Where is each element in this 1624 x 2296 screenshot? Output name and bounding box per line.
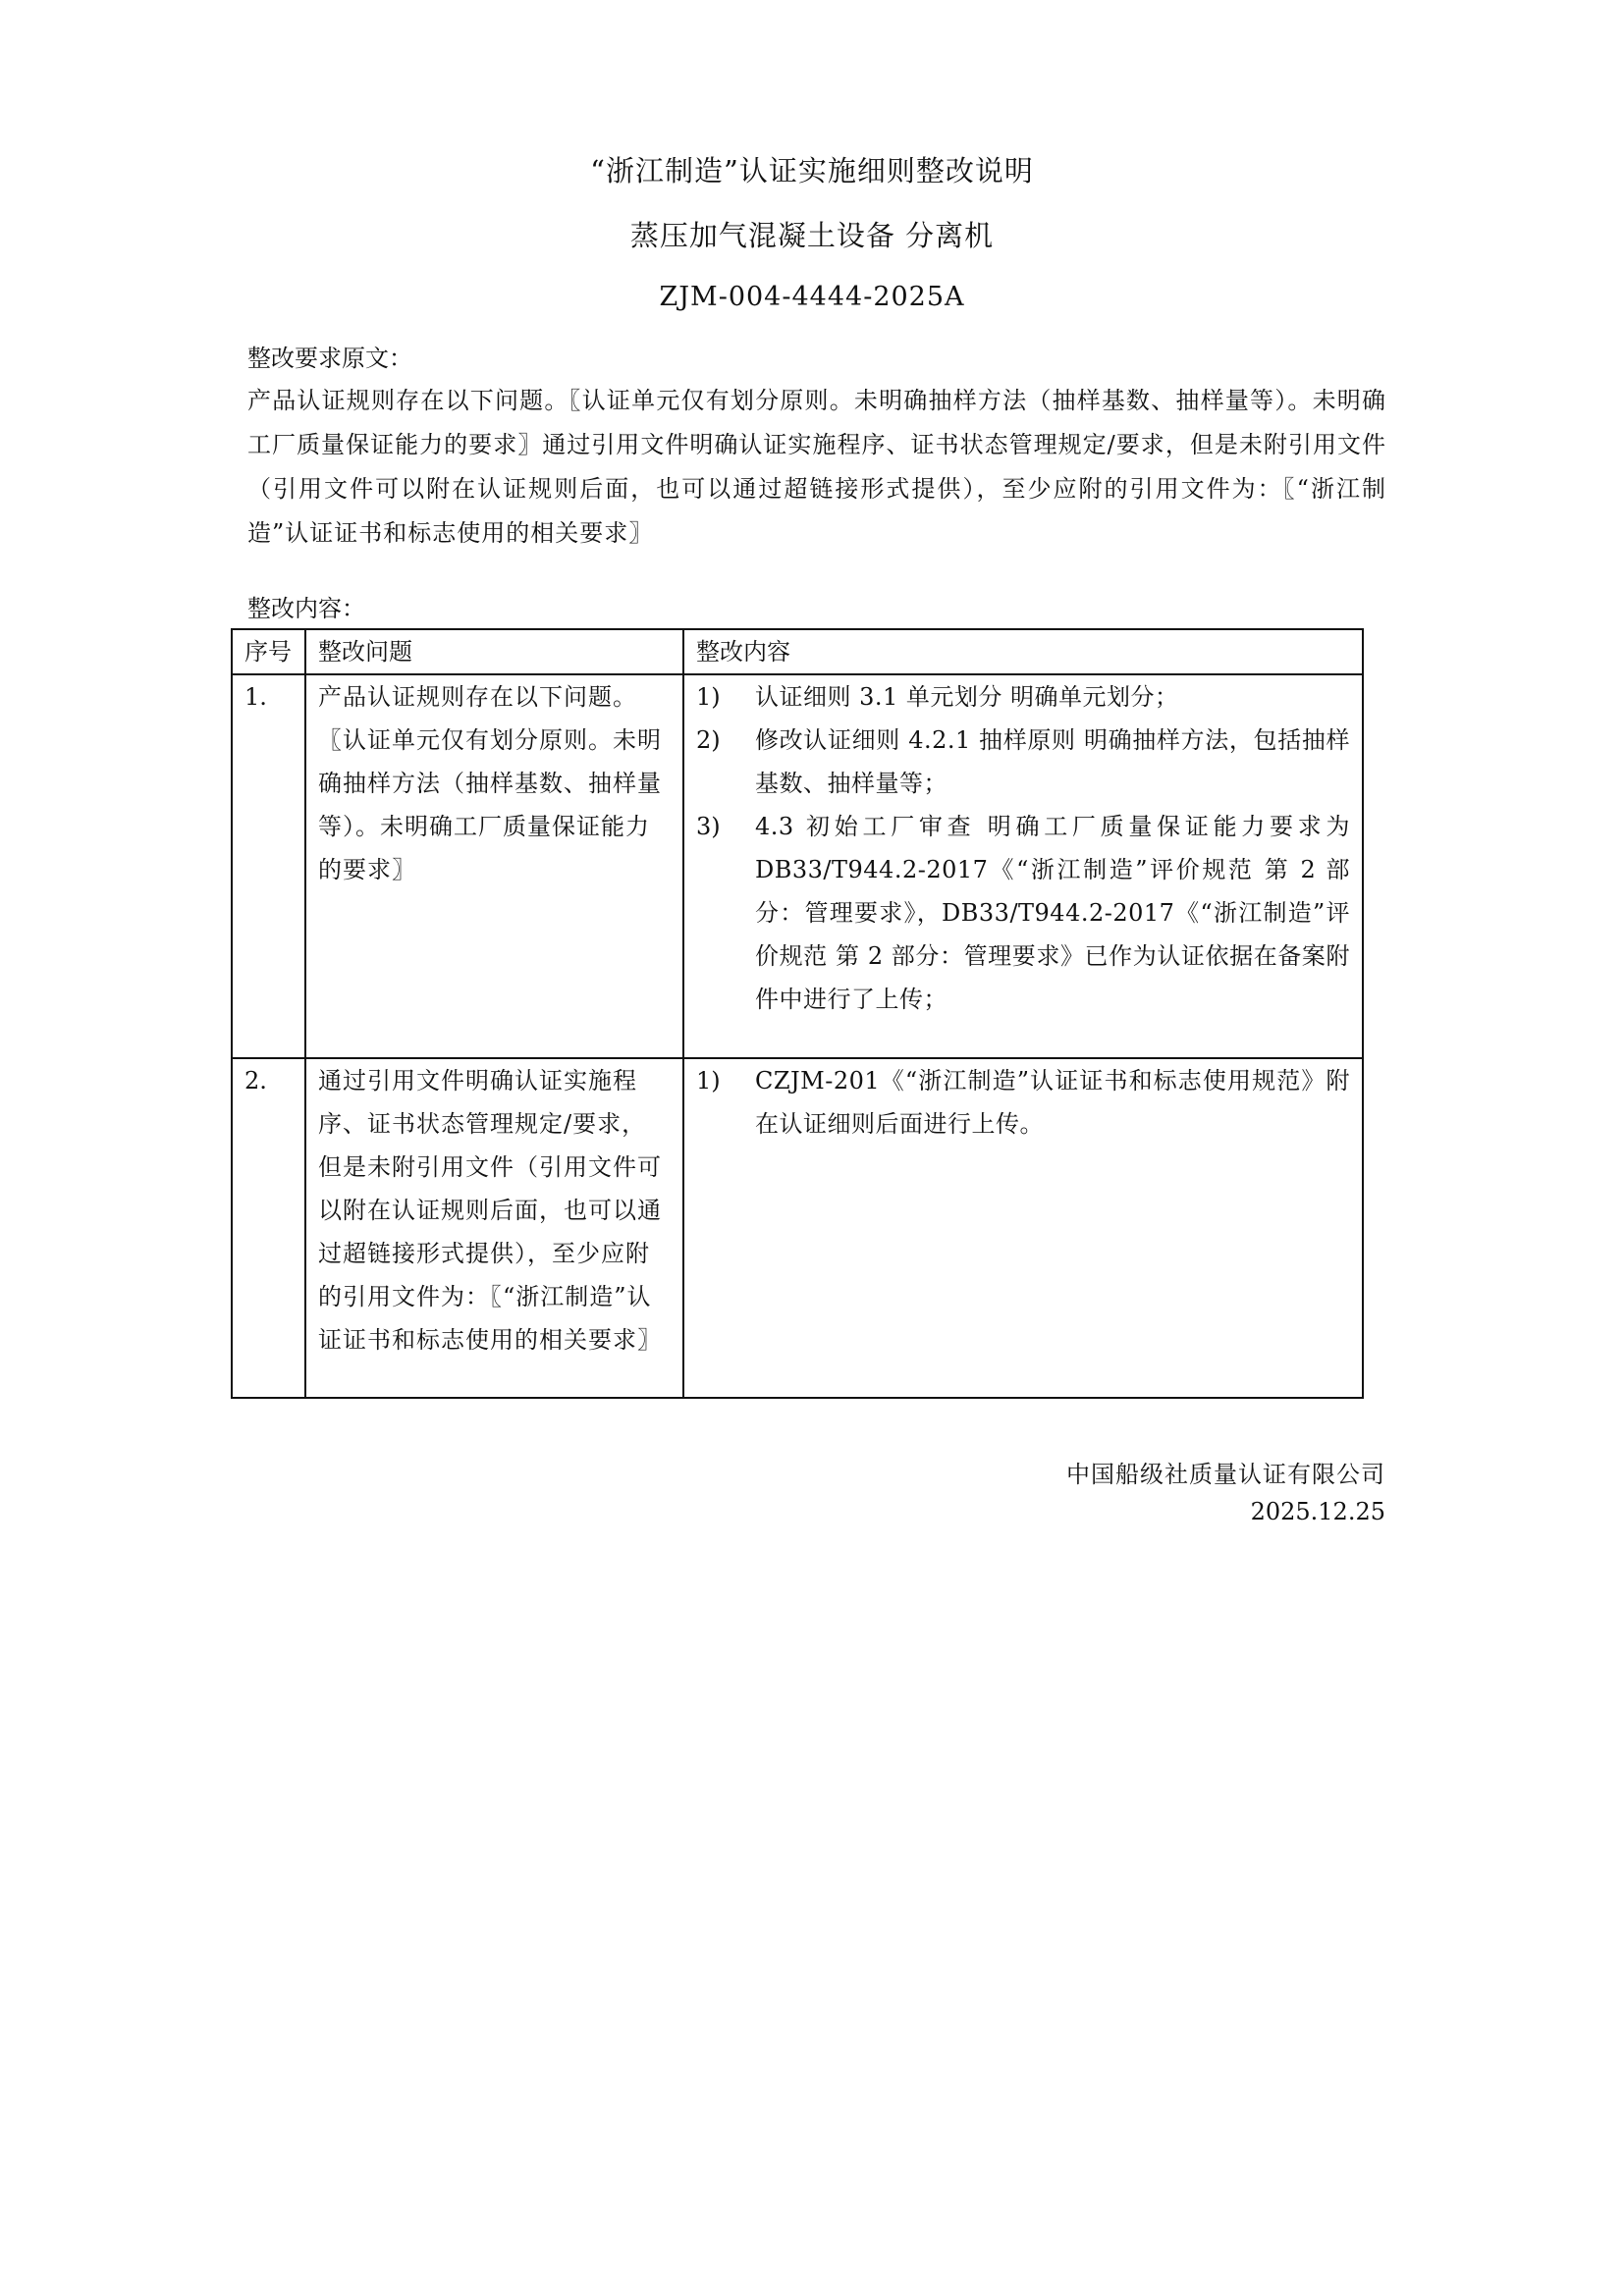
header-content: 整改内容 <box>683 629 1363 674</box>
item-number: 3) <box>696 805 755 1021</box>
header-number: 序号 <box>232 629 305 674</box>
content-item: 1) 认证细则 3.1 单元划分 明确单元划分； <box>696 675 1350 719</box>
item-text: 认证细则 3.1 单元划分 明确单元划分； <box>755 675 1350 719</box>
row-number: 2. <box>232 1058 305 1398</box>
requirement-label: 整改要求原文： <box>247 339 412 373</box>
signature-date: 2025.12.25 <box>1251 1498 1385 1525</box>
item-number: 2) <box>696 719 755 805</box>
content-item: 3) 4.3 初始工厂审查 明确工厂质量保证能力要求为 DB33/T944.2-… <box>696 805 1350 1021</box>
item-number: 1) <box>696 675 755 719</box>
row-number: 1. <box>232 674 305 1058</box>
item-number: 1) <box>696 1059 755 1146</box>
table-row: 2. 通过引用文件明确认证实施程序、证书状态管理规定/要求，但是未附引用文件（引… <box>232 1058 1363 1398</box>
row-issue: 通过引用文件明确认证实施程序、证书状态管理规定/要求，但是未附引用文件（引用文件… <box>305 1058 683 1398</box>
rectification-table: 序号 整改问题 整改内容 1. 产品认证规则存在以下问题。〖认证单元仅有划分原则… <box>231 628 1364 1399</box>
content-item: 2) 修改认证细则 4.2.1 抽样原则 明确抽样方法，包括抽样基数、抽样量等； <box>696 719 1350 805</box>
content-item: 1) CZJM-201《“浙江制造”认证证书和标志使用规范》附在认证细则后面进行… <box>696 1059 1350 1146</box>
document-subtitle: 蒸压加气混凝土设备 分离机 <box>0 214 1624 254</box>
row-content: 1) CZJM-201《“浙江制造”认证证书和标志使用规范》附在认证细则后面进行… <box>683 1058 1363 1398</box>
item-text: 4.3 初始工厂审查 明确工厂质量保证能力要求为 DB33/T944.2-201… <box>755 805 1350 1021</box>
header-issue: 整改问题 <box>305 629 683 674</box>
requirement-body: 产品认证规则存在以下问题。〖认证单元仅有划分原则。未明确抽样方法（抽样基数、抽样… <box>247 379 1386 556</box>
signature-organization: 中国船级社质量认证有限公司 <box>1066 1455 1385 1489</box>
row-issue: 产品认证规则存在以下问题。〖认证单元仅有划分原则。未明确抽样方法（抽样基数、抽样… <box>305 674 683 1058</box>
table-header-row: 序号 整改问题 整改内容 <box>232 629 1363 674</box>
table-row: 1. 产品认证规则存在以下问题。〖认证单元仅有划分原则。未明确抽样方法（抽样基数… <box>232 674 1363 1058</box>
row-content: 1) 认证细则 3.1 单元划分 明确单元划分； 2) 修改认证细则 4.2.1… <box>683 674 1363 1058</box>
item-text: 修改认证细则 4.2.1 抽样原则 明确抽样方法，包括抽样基数、抽样量等； <box>755 719 1350 805</box>
document-title: “浙江制造”认证实施细则整改说明 <box>0 149 1624 189</box>
rectification-label: 整改内容： <box>247 589 365 623</box>
item-text: CZJM-201《“浙江制造”认证证书和标志使用规范》附在认证细则后面进行上传。 <box>755 1059 1350 1146</box>
document-number: ZJM-004-4444-2025A <box>0 282 1624 312</box>
